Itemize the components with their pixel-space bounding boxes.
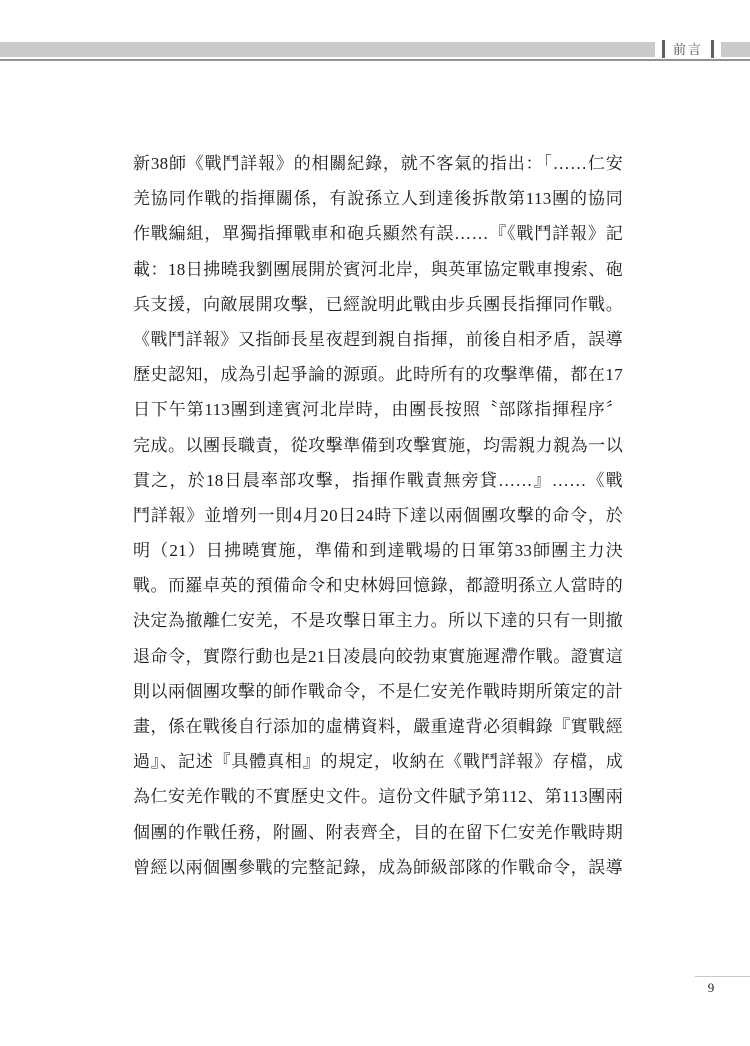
header-band-left	[0, 42, 655, 57]
text-line: 鬥詳報》並增列一則4月20日24時下達以兩個團攻擊的命令，於	[133, 498, 623, 533]
text-line: 日下午第113團到達賓河北岸時，由團長按照〝部隊指揮程序〞	[133, 392, 623, 427]
header-rule	[0, 59, 750, 61]
text-line: 個團的作戰任務，附圖、附表齊全，目的在留下仁安羌作戰時期	[133, 815, 623, 850]
page-number: 9	[698, 980, 724, 996]
text-line: 曾經以兩個團參戰的完整記錄，成為師級部隊的作戰命令，誤導	[133, 850, 623, 885]
text-line: 則以兩個團攻擊的師作戰命令，不是仁安羌作戰時期所策定的計	[133, 674, 623, 709]
text-line: 貫之，於18日晨率部攻擊，指揮作戰責無旁貸……』……《戰	[133, 463, 623, 498]
body-text: 新38師《戰鬥詳報》的相關紀錄，就不客氣的指出：「……仁安羌協同作戰的指揮關係，…	[133, 146, 623, 885]
text-line: 明（21）日拂曉實施，準備和到達戰場的日軍第33師團主力決	[133, 533, 623, 568]
text-line: 為仁安羌作戰的不實歷史文件。這份文件賦予第112、第113團兩	[133, 779, 623, 814]
text-line: 完成。以團長職責，從攻擊準備到攻擊實施，均需親力親為一以	[133, 428, 623, 463]
text-line: 作戰編組，單獨指揮戰車和砲兵顯然有誤……『《戰鬥詳報》記	[133, 216, 623, 251]
header-divider-bar-right	[711, 40, 714, 58]
text-line: 歷史認知，成為引起爭論的源頭。此時所有的攻擊準備，都在17	[133, 357, 623, 392]
text-line: 退命令，實際行動也是21日凌晨向皎勃東實施遲滯作戰。證實這	[133, 639, 623, 674]
text-line: 羌協同作戰的指揮關係，有說孫立人到達後拆散第113團的協同	[133, 181, 623, 216]
text-line: 戰。而羅卓英的預備命令和史林姆回憶錄，都證明孫立人當時的	[133, 568, 623, 603]
header-band-right	[721, 42, 750, 57]
text-line: 《戰鬥詳報》又指師長星夜趕到親自指揮，前後自相矛盾，誤導	[133, 322, 623, 357]
running-title: 前言	[665, 42, 711, 58]
text-line: 決定為撤離仁安羌，不是攻擊日軍主力。所以下達的只有一則撤	[133, 603, 623, 638]
text-line: 新38師《戰鬥詳報》的相關紀錄，就不客氣的指出：「……仁安	[133, 146, 623, 181]
book-page: 前言 新38師《戰鬥詳報》的相關紀錄，就不客氣的指出：「……仁安羌協同作戰的指揮…	[0, 0, 750, 1046]
text-line: 過』、記述『具體真相』的規定，收納在《戰鬥詳報》存檔，成	[133, 744, 623, 779]
text-line: 載：18日拂曉我劉團展開於賓河北岸，與英軍協定戰車搜索、砲	[133, 252, 623, 287]
text-line: 畫，係在戰後自行添加的虛構資料，嚴重違背必須輯錄『實戰經	[133, 709, 623, 744]
folio-rule	[695, 976, 750, 977]
text-line: 兵支援，向敵展開攻擊，已經說明此戰由步兵團長指揮同作戰。	[133, 287, 623, 322]
